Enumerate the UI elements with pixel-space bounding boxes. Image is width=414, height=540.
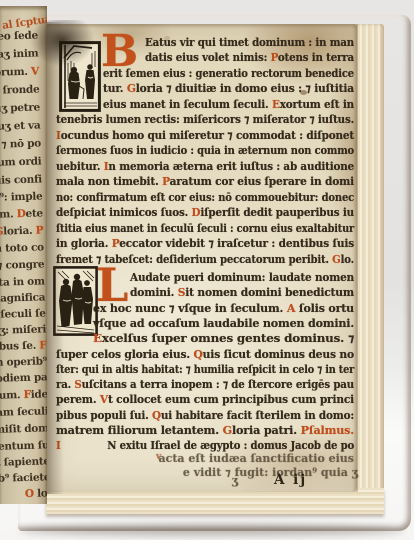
text-line: fremet ⁊ tabeſcet: deſiderium peccatorum… bbox=[56, 252, 354, 267]
left-page-text-fragment: t. Gloria. P bbox=[0, 224, 43, 238]
left-page-text-fragment: nims ⁊ nō po bbox=[0, 137, 41, 151]
text-line: I N exitu Iſrael de ægypto : domus Jacob… bbox=[56, 438, 354, 453]
text-line: Audate pueri dominum: laudate nomen bbox=[130, 270, 354, 285]
left-page-text-fragment: miſit dom bbox=[0, 422, 47, 436]
left-page-text-fragment: b⁹ faciete bbox=[0, 471, 47, 484]
faded-text-line: ʒ bbox=[232, 474, 238, 487]
text-line: ra. Suſcitans a terra inopem : ⁊ de ſter… bbox=[56, 377, 354, 392]
text-line: ſuper celos gloria eius. Quis ſicut domi… bbox=[56, 347, 354, 362]
text-line: erit ſemen eius : generatio rectorum ben… bbox=[103, 66, 354, 81]
text-line: eius manet in ſeculum ſeculi. Exortum eſ… bbox=[103, 97, 354, 112]
facing-page: omino meo ſedeonce ponaʒ inimn morum. Vi… bbox=[0, 6, 47, 504]
left-page-text-fragment: lam ſeculi bbox=[0, 405, 47, 419]
text-line: uebitur. In memoria æterna erit iuſtus :… bbox=[56, 159, 354, 174]
left-page-text-fragment: O lo. bbox=[25, 487, 47, 500]
text-line: in gloria. Peccator videbit ⁊ iraſcetur … bbox=[56, 236, 354, 251]
left-page-text-fragment: t in ſeculi ſe bbox=[0, 307, 46, 321]
text-line: vſque ad occaſum laudabile nomen domini. bbox=[93, 316, 354, 331]
left-page-text-fragment: oruʒ: miſeri bbox=[0, 323, 46, 337]
text-line: no: confirmatum eſt cor eius: nō commoue… bbox=[56, 190, 354, 205]
gutter-top-shadow bbox=[30, 20, 102, 78]
left-page-text-fragment: ficium. Fide bbox=[0, 388, 47, 402]
left-page-text-fragment: ius et ſronde bbox=[0, 83, 40, 97]
text-line: deſpiciat inimicos ſuos. Diſperſit dedit… bbox=[56, 205, 354, 220]
faded-text-line: acta eſt iudæa ſanctificatio eius bbox=[159, 452, 355, 465]
text-line: Iocundus homo qui miſeretur ⁊ commodat :… bbox=[56, 128, 354, 143]
left-page-text: omino meo ſedeonce ponaʒ inimn morum. Vi… bbox=[0, 6, 47, 504]
left-page-text-fragment: : magnifica bbox=[0, 291, 45, 305]
photo-of-incunabulum-page: B L Eatus vir qui timet dominum : in man… bbox=[0, 0, 414, 540]
signature-mark: A ij bbox=[274, 472, 307, 488]
faded-text-line: e vidit ⁊ fugit: iordan⁹ quia ʒ bbox=[183, 466, 358, 479]
left-page-text-fragment: zrodiem pa bbox=[0, 371, 47, 385]
text-line: ſermones ſuos in iudicio : quia in ætern… bbox=[56, 143, 354, 158]
text-line: tenebris lumen rectis: miſericors ⁊ miſe… bbox=[56, 112, 354, 127]
left-page-text-fragment: omb⁹: imple bbox=[0, 190, 43, 204]
text-line: matrem filiorum letantem. Gloria patri. … bbox=[56, 423, 354, 438]
text-line: Excelſus ſuper omnes gentes dominus. ⁊ bbox=[93, 331, 354, 346]
left-page-text-fragment: mentum ſu bbox=[0, 439, 47, 453]
red-guide-mark: v bbox=[156, 452, 161, 462]
left-page-text-fragment: nictoruʒ et va bbox=[0, 119, 41, 133]
text-line: datis eius volet nimis: Potens in terra bbox=[145, 50, 354, 65]
left-page-text-fragment: ine in toto co bbox=[0, 241, 44, 255]
text-line: Eatus vir qui timet dominum : in man bbox=[145, 35, 354, 50]
text-line: ſter: qui in altis habitat: ⁊ humilia re… bbox=[56, 362, 354, 377]
left-page-text-fragment: quiſta in om bbox=[0, 275, 45, 289]
text-line: pibus populi ſui. Qui habitare facit ſte… bbox=[56, 408, 354, 423]
left-page-text-fragment: T ceuʒ petre bbox=[0, 101, 40, 115]
left-page-text-fragment: ſecundum ordi bbox=[0, 155, 42, 169]
left-page-text-fragment: entibus ſe. F bbox=[0, 339, 47, 353]
text-line: perem. Vt collocet eum cum principibus c… bbox=[56, 392, 354, 407]
text-line: ex hoc nunc ⁊ vſque in ſeculum. A ſolis … bbox=[93, 301, 354, 316]
text-line: mala non timebit. Paratum cor eius ſpera… bbox=[56, 174, 354, 189]
text-line: tur. Gloria ⁊ diuitiæ in domo eius : ⁊ i… bbox=[103, 81, 354, 96]
psalm-text: Eatus vir qui timet dominum : in mandati… bbox=[56, 0, 354, 540]
left-page-text-fragment: um ⁊ congre bbox=[0, 258, 44, 272]
text-line: domini. Sit nomen domini benedictum bbox=[130, 285, 354, 300]
left-page-text-fragment: zum. Dete bbox=[0, 207, 43, 221]
left-page-text-fragment: t ſapiente bbox=[0, 455, 47, 469]
text-line: ſtitia eius manet in ſeculū ſeculi : cor… bbox=[56, 221, 354, 236]
left-page-text-fragment: m operib⁹ bbox=[0, 355, 47, 369]
left-page-text-fragment: s tuis confi bbox=[0, 173, 42, 187]
